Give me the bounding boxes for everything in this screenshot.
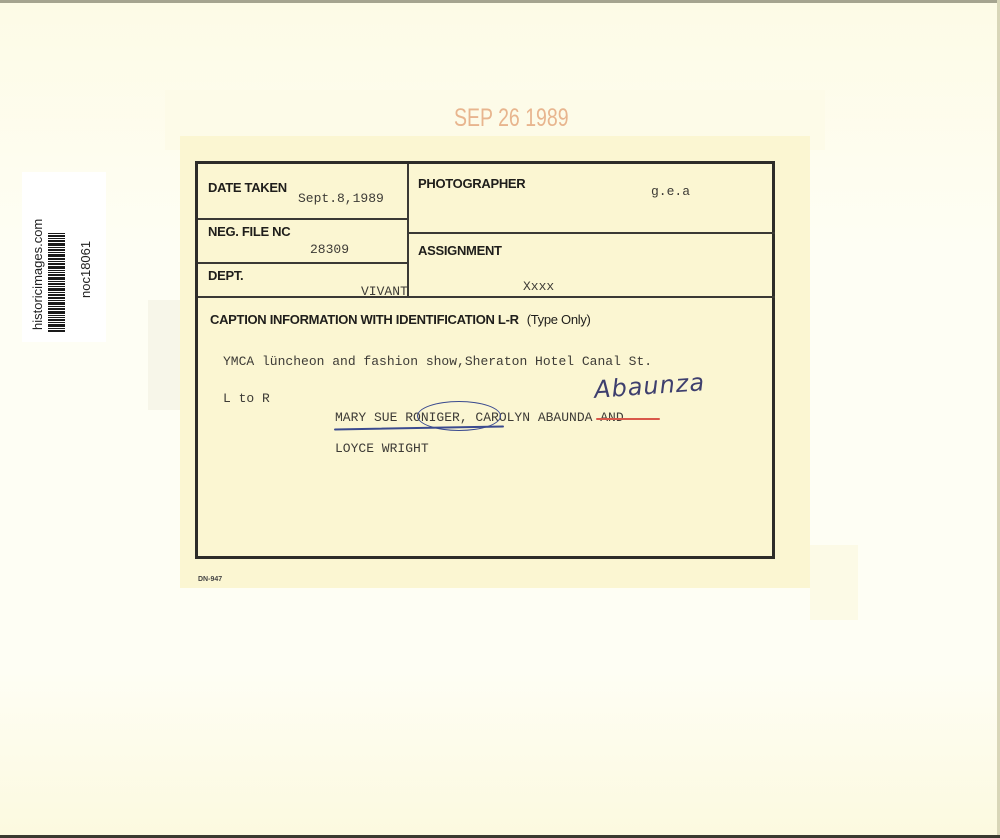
date-taken-value: Sept.8,1989 [298,191,384,206]
caption-label: CAPTION INFORMATION WITH IDENTIFICATION … [210,312,591,327]
date-taken-label: DATE TAKEN [208,180,287,195]
photographer-value: g.e.a [651,184,690,199]
caption-label-text: CAPTION INFORMATION WITH IDENTIFICATION … [210,312,519,327]
caption-form: DATE TAKEN Sept.8,1989 PHOTOGRAPHER g.e.… [195,161,775,559]
barcode-site-text: historicimages.com [30,219,45,330]
caption-line-2: L to R [223,391,270,406]
assignment-value: Xxxx [523,279,554,294]
photographer-label: PHOTOGRAPHER [418,176,525,191]
caption-line-1: YMCA lüncheon and fashion show,Sheraton … [223,354,652,369]
divider-neg [198,262,408,264]
divider-caption [198,296,775,298]
caption-type-only-note: (Type Only) [527,312,591,327]
assignment-label: ASSIGNMENT [418,243,502,258]
neg-file-label: NEG. FILE NC [208,224,290,239]
dept-label: DEPT. [208,268,243,283]
neg-file-value: 28309 [310,242,349,257]
date-stamp: SEP 26 1989 [454,104,569,133]
divider-vertical [407,164,409,297]
form-code: DN-947 [198,576,222,583]
card-edge [810,545,858,620]
dept-value: VIVANT [361,284,408,299]
caption-line-4: LOYCE WRIGHT [335,441,429,456]
page-edge-top [0,0,1000,3]
handwritten-underline-red [596,418,660,420]
barcode-id-text: noc18061 [78,241,93,298]
divider-date [198,218,408,220]
divider-photographer [407,232,775,234]
barcode-bars-icon [48,204,65,332]
